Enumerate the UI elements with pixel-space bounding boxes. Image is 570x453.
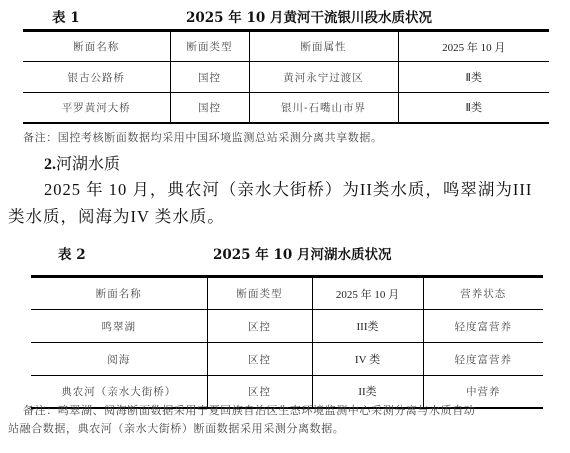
table-cell: 国控 <box>170 62 249 93</box>
table-cell: 区控 <box>207 343 312 376</box>
table-row: 平罗黄河大桥 国控 银川-石嘴山市界 Ⅱ类 <box>23 93 549 123</box>
table-cell: 银川-石嘴山市界 <box>249 93 398 123</box>
table1: 断面名称 断面类型 断面属性 2025 年 10 月 银古公路桥 国控 黄河永宁… <box>23 29 549 124</box>
table1-title: 2025 年 10 月黄河干流银川段水质状况 <box>186 6 432 26</box>
table-cell: 黄河永宁过渡区 <box>249 62 398 93</box>
table1-note: 备注：国控考核断面数据均采用中国环境监测总站采测分离共享数据。 <box>23 129 383 147</box>
table-row: 银古公路桥 国控 黄河永宁过渡区 Ⅱ类 <box>23 62 549 93</box>
table-cell: 区控 <box>207 310 312 343</box>
table-row: 鸣翠湖 区控 III类 轻度富营养 <box>31 310 543 343</box>
table-cell: IV 类 <box>312 343 423 376</box>
table-row: 阅海 区控 IV 类 轻度富营养 <box>31 343 543 376</box>
table-cell: Ⅱ类 <box>398 93 549 123</box>
table2-title: 2025 年 10 月河湖水质状况 <box>213 243 391 263</box>
table2-header-cell: 2025 年 10 月 <box>312 277 423 310</box>
table-cell: 国控 <box>170 93 249 123</box>
table2-header-cell: 断面类型 <box>207 277 312 310</box>
table1-label: 表 1 <box>52 6 80 26</box>
table2-note-line-1: 备注：鸣翠湖、阅海断面数据采用宁夏回族自治区生态环境监测中心采测分离与水质自动 <box>23 402 475 420</box>
table-cell: 轻度富营养 <box>423 310 543 343</box>
table2-header-cell: 断面名称 <box>31 277 207 310</box>
table2-note-line-2: 站融合数据，典农河（亲水大街桥）断面数据采用采测分离数据。 <box>8 420 344 438</box>
table1-header-cell: 断面类型 <box>170 31 249 62</box>
table2: 断面名称 断面类型 2025 年 10 月 营养状态 鸣翠湖 区控 III类 轻… <box>31 275 543 409</box>
table2-label: 表 2 <box>58 243 86 263</box>
paragraph-line-1: 2025 年 10 月，典农河（亲水大街桥）为II类水质，鸣翠湖为III <box>44 176 532 203</box>
table1-header-cell: 断面属性 <box>249 31 398 62</box>
table-cell: Ⅱ类 <box>398 62 549 93</box>
table2-header-cell: 营养状态 <box>423 277 543 310</box>
table-cell: III类 <box>312 310 423 343</box>
table-cell: 银古公路桥 <box>23 62 170 93</box>
table1-header-row: 断面名称 断面类型 断面属性 2025 年 10 月 <box>23 31 549 62</box>
table-cell: 轻度富营养 <box>423 343 543 376</box>
section-number: 2. <box>44 156 56 173</box>
section-title: 河湖水质 <box>56 154 120 173</box>
paragraph-line-2: 类水质，阅海为IV 类水质。 <box>8 203 225 230</box>
table1-header-cell: 2025 年 10 月 <box>398 31 549 62</box>
table-cell: 鸣翠湖 <box>31 310 207 343</box>
table1-header-cell: 断面名称 <box>23 31 170 62</box>
table-cell: 阅海 <box>31 343 207 376</box>
table2-header-row: 断面名称 断面类型 2025 年 10 月 营养状态 <box>31 277 543 310</box>
section-heading: 2.河湖水质 <box>44 151 120 174</box>
table-cell: 平罗黄河大桥 <box>23 93 170 123</box>
